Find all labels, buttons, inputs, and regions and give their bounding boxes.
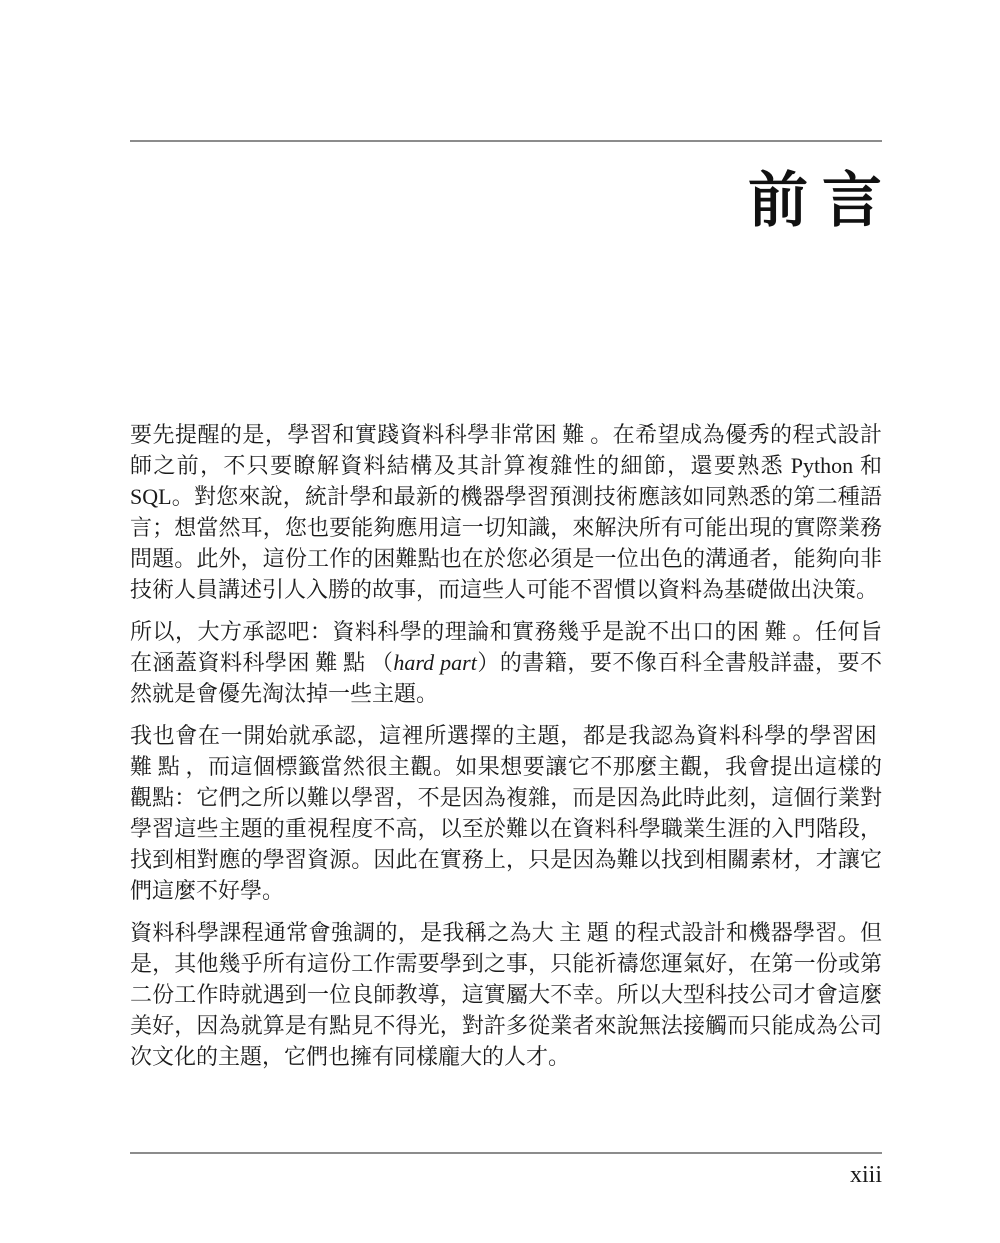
text-run: ，而這個標籤當然很主觀。如果想要讓它不那麼主觀，我會提出這樣的觀點：它們之所以難… — [130, 754, 882, 903]
top-rule — [130, 140, 882, 142]
emphasized-text: 大主題 — [532, 920, 615, 945]
emphasized-text: hard part — [393, 650, 476, 675]
text-run: 。在希望成為優秀的程式設計師之前，不只要瞭解資料結構及其計算複雜性的細節，還要熟… — [130, 422, 882, 602]
emphasized-text: 困難點 — [288, 650, 371, 675]
paragraph: 要先提醒的是，學習和實踐資料科學非常困難。在希望成為優秀的程式設計師之前，不只要… — [130, 419, 882, 605]
paragraph: 資料科學課程通常會強調的，是我稱之為大主題的程式設計和機器學習。但是，其他幾乎所… — [130, 917, 882, 1072]
text-run: （ — [371, 650, 394, 675]
text-run: 我也會在一開始就承認，這裡所選擇的主題，都是我認為資料科學的學習 — [130, 723, 855, 748]
body-text: 要先提醒的是，學習和實踐資料科學非常困難。在希望成為優秀的程式設計師之前，不只要… — [130, 419, 882, 1083]
text-run: 要先提醒的是，學習和實踐資料科學非常 — [130, 422, 535, 447]
bottom-rule — [130, 1152, 882, 1154]
paragraph: 所以，大方承認吧：資料科學的理論和實務幾乎是說不出口的困難。任何旨在涵蓋資料科學… — [130, 616, 882, 709]
emphasized-text: 困難 — [737, 619, 793, 644]
text-run: 資料科學課程通常會強調的，是我稱之為 — [130, 920, 532, 945]
page-number: xiii — [130, 1160, 882, 1190]
paragraph: 我也會在一開始就承認，這裡所選擇的主題，都是我認為資料科學的學習困難點，而這個標… — [130, 720, 882, 906]
text-run: 所以，大方承認吧：資料科學的理論和實務幾乎是說不出口的 — [130, 619, 737, 644]
chapter-title: 前言 — [130, 168, 896, 234]
book-page: 前言 要先提醒的是，學習和實踐資料科學非常困難。在希望成為優秀的程式設計師之前，… — [0, 0, 1000, 1243]
emphasized-text: 困難 — [535, 422, 591, 447]
